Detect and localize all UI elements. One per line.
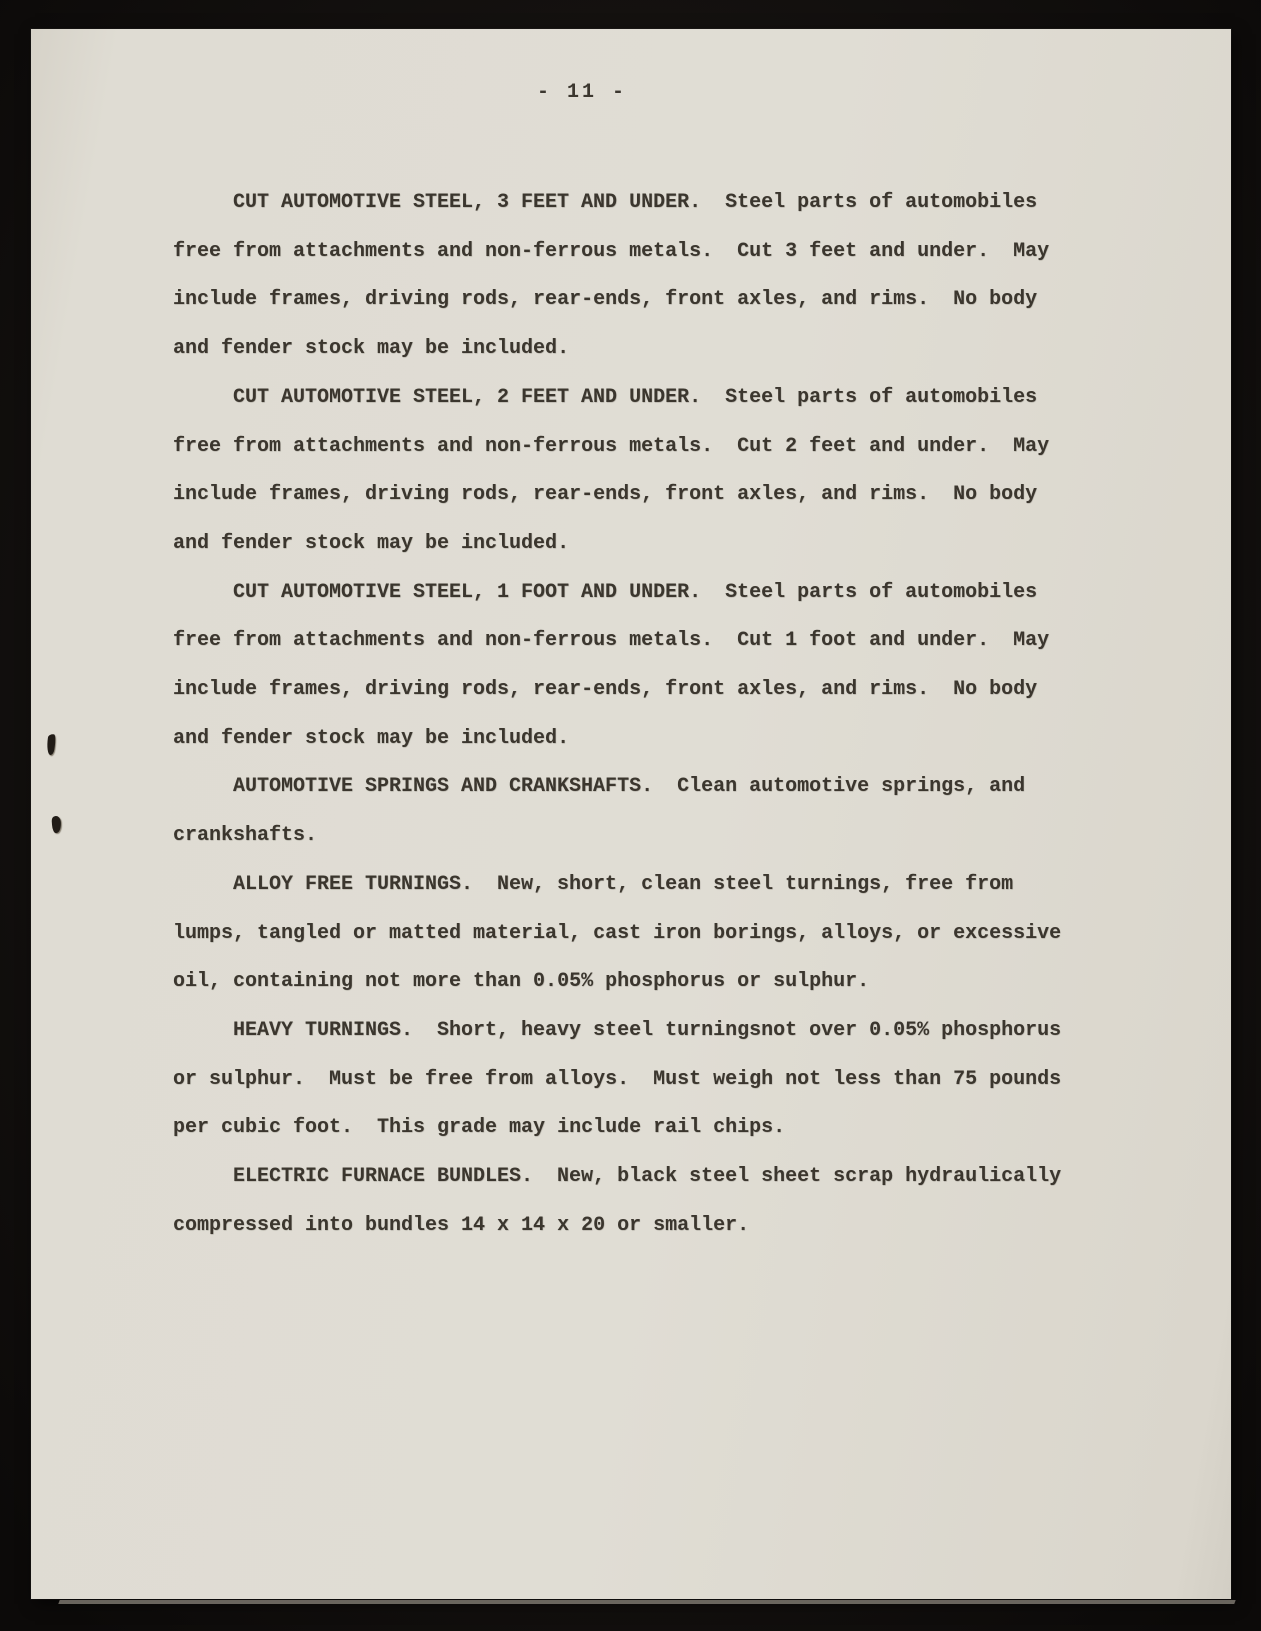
text-line: free from attachments and non-ferrous me… <box>173 423 1113 472</box>
text-line: CUT AUTOMOTIVE STEEL, 3 FEET AND UNDER. … <box>173 179 1113 228</box>
page-number: - 11 - <box>537 81 627 104</box>
typewritten-text-block: CUT AUTOMOTIVE STEEL, 3 FEET AND UNDER. … <box>173 179 1113 1250</box>
text-line: per cubic foot. This grade may include r… <box>173 1104 1113 1153</box>
staple-hole-mark-top <box>46 734 57 756</box>
text-line: CUT AUTOMOTIVE STEEL, 1 FOOT AND UNDER. … <box>173 569 1113 618</box>
text-line: oil, containing not more than 0.05% phos… <box>173 958 1113 1007</box>
text-line: ALLOY FREE TURNINGS. New, short, clean s… <box>173 861 1113 910</box>
paragraph: CUT AUTOMOTIVE STEEL, 1 FOOT AND UNDER. … <box>173 569 1113 764</box>
paragraph: CUT AUTOMOTIVE STEEL, 3 FEET AND UNDER. … <box>173 179 1113 374</box>
text-line: free from attachments and non-ferrous me… <box>173 617 1113 666</box>
text-line: free from attachments and non-ferrous me… <box>173 228 1113 277</box>
paragraph: CUT AUTOMOTIVE STEEL, 2 FEET AND UNDER. … <box>173 374 1113 569</box>
text-line: lumps, tangled or matted material, cast … <box>173 910 1113 959</box>
paragraph: ELECTRIC FURNACE BUNDLES. New, black ste… <box>173 1153 1113 1250</box>
text-line: and fender stock may be included. <box>173 520 1113 569</box>
text-line: ELECTRIC FURNACE BUNDLES. New, black ste… <box>173 1153 1113 1202</box>
text-line: and fender stock may be included. <box>173 325 1113 374</box>
text-line: compressed into bundles 14 x 14 x 20 or … <box>173 1202 1113 1251</box>
text-line: include frames, driving rods, rear-ends,… <box>173 471 1113 520</box>
paragraph: AUTOMOTIVE SPRINGS AND CRANKSHAFTS. Clea… <box>173 763 1113 860</box>
text-line: include frames, driving rods, rear-ends,… <box>173 666 1113 715</box>
paragraph: ALLOY FREE TURNINGS. New, short, clean s… <box>173 861 1113 1007</box>
text-line: AUTOMOTIVE SPRINGS AND CRANKSHAFTS. Clea… <box>173 763 1113 812</box>
document-page: - 11 - CUT AUTOMOTIVE STEEL, 3 FEET AND … <box>31 29 1231 1599</box>
text-line: include frames, driving rods, rear-ends,… <box>173 276 1113 325</box>
staple-hole-mark-bottom <box>51 816 61 834</box>
text-line: HEAVY TURNINGS. Short, heavy steel turni… <box>173 1007 1113 1056</box>
text-line: crankshafts. <box>173 812 1113 861</box>
text-line: CUT AUTOMOTIVE STEEL, 2 FEET AND UNDER. … <box>173 374 1113 423</box>
text-line: and fender stock may be included. <box>173 715 1113 764</box>
text-line: or sulphur. Must be free from alloys. Mu… <box>173 1056 1113 1105</box>
paragraph: HEAVY TURNINGS. Short, heavy steel turni… <box>173 1007 1113 1153</box>
